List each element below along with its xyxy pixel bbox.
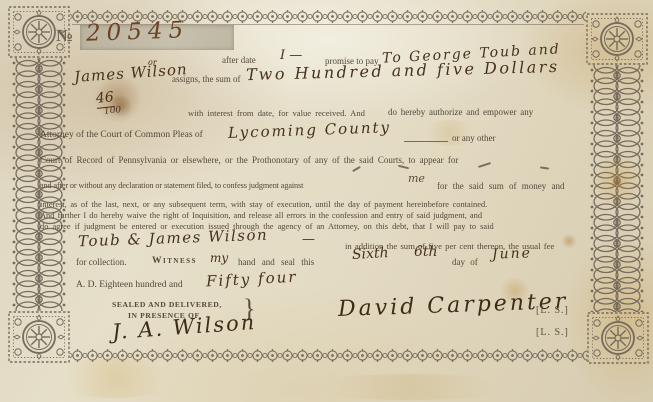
- seal-placeholder-1: [L. S.]: [536, 305, 569, 316]
- ink-mark: [540, 166, 549, 169]
- court-of-record-clause: Court of Record of Pennsylvania or elsew…: [40, 155, 458, 165]
- year-handwriting: Fifty four: [206, 268, 298, 291]
- ink-mark: [352, 166, 361, 172]
- promissory-note-document: № 20545 after date I — promise to pay To…: [0, 0, 653, 402]
- border-corner-top-right: [586, 13, 648, 65]
- border-bottom-band: [70, 349, 587, 362]
- witness-label: Witness: [152, 256, 197, 266]
- seal-placeholder-2: [L. S.]: [536, 327, 569, 338]
- maker-signature: David Carpenter: [338, 289, 569, 322]
- ink-mark: [478, 162, 491, 168]
- principal-initial-handwriting: I —: [280, 48, 302, 63]
- ink-mark: [398, 165, 409, 170]
- paper-stain: [560, 234, 578, 248]
- for-collection-label: for collection.: [76, 257, 126, 267]
- stay-of-execution-clause: interest, as of the last, next, or any s…: [40, 200, 487, 209]
- border-corner-bottom-right: [587, 312, 649, 364]
- sum-of-money-clause: for the said sum of money and: [437, 181, 564, 191]
- blank-rule: [404, 141, 448, 142]
- assigns-label: assigns, the sum of: [172, 74, 241, 84]
- payee2-handwriting: James Wilson: [74, 60, 189, 86]
- sealed-delivered-label: SEALED AND DELIVERED,: [112, 300, 222, 309]
- ad-year-label: A. D. Eighteen hundred and: [76, 280, 183, 290]
- day-of-label: day of: [452, 257, 478, 267]
- day-number-handwriting: 6th: [414, 244, 438, 260]
- cents-fraction-denominator: 100: [104, 105, 122, 117]
- document-number: 20545: [86, 17, 190, 47]
- confess-judgment-clause: and after or without any declaration or …: [40, 181, 303, 190]
- paper-stain: [50, 358, 180, 398]
- day-word-handwriting: Sixth: [352, 245, 389, 263]
- against-me-handwriting: me: [408, 172, 425, 185]
- number-ornament: №: [56, 26, 73, 46]
- or-insertion-handwriting: or: [148, 58, 157, 67]
- border-right-band: [589, 65, 645, 312]
- authorize-clause: do hereby authorize and empower any: [388, 107, 533, 117]
- month-handwriting: June: [492, 245, 532, 262]
- border-corner-bottom-left: [8, 311, 70, 363]
- attorney-clause: Attorney of the Court of Common Pleas of: [40, 130, 203, 140]
- waive-inquisition-clause: And further I do hereby waive the right …: [40, 211, 482, 220]
- or-any-other-label: or any other: [452, 133, 495, 143]
- county-handwriting: Lycoming County: [228, 118, 392, 142]
- interest-clause: with interest from date, for value recei…: [188, 108, 365, 118]
- after-date-label: after date: [222, 55, 256, 65]
- my-handwriting: my: [210, 251, 228, 265]
- hand-and-seal-label: hand and seal this: [238, 257, 314, 267]
- paper-stain: [300, 374, 520, 400]
- payees-dash: —: [302, 232, 315, 247]
